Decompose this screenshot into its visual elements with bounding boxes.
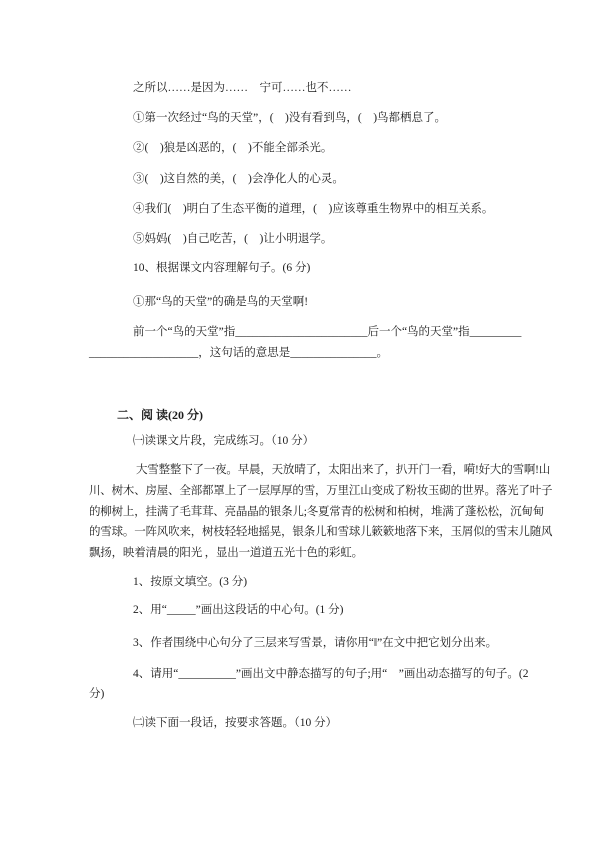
question-10-sentence: ①那“鸟的天堂”的确是鸟的天堂啊! [89,292,537,312]
passage-line-3: 的柳树上，挂满了毛茸茸、亮晶晶的银条儿;冬夏常青的松树和柏树，堆满了蓬松松，沉甸… [89,502,537,523]
part-2-title: ㈡读下面一段话，按要求答题。（10 分） [89,713,537,733]
passage-question-4-line-1: 4、请用“__________”画出文中静态描写的句子;用“ ”画出动态描写的句… [89,664,537,684]
passage-question-2: 2、用“_____”画出这段话的中心句。(1 分) [89,600,537,620]
question-10-blank-line-1: 前一个“鸟的天堂”指_______________________后一个“鸟的天… [89,322,537,343]
sentence-item-3: ③( )这自然的美，( )会净化人的心灵。 [89,169,537,189]
part-1-title: ㈠读课文片段，完成练习。（10 分） [89,431,537,451]
section-2-header: 二、阅 读(20 分) [89,405,537,425]
passage-question-1: 1、按原文填空。(3 分) [89,572,537,592]
sentence-item-1: ①第一次经过“鸟的天堂”，( )没有看到鸟，( )鸟都栖息了。 [89,108,537,128]
passage-line-1: 大雪整整下了一夜。早晨，天放晴了，太阳出来了，扒开门一看，嗬!好大的雪啊!山 [89,460,537,481]
passage-line-4: 的雪球。一阵风吹来，树枝轻轻地摇晃，银条儿和雪球儿簌簌地落下来，玉屑似的雪末儿随… [89,522,537,543]
passage-question-3: 3、作者围绕中心句分了三层来写雪景，请你用“‖”在文中把它划分出来。 [89,633,537,653]
question-10-header: 10、根据课文内容理解句子。(6 分) [89,258,537,278]
passage-question-4-line-2: 分) [89,684,537,704]
passage-line-2: 川、树木、房屋、全部都罩上了一层厚厚的雪，万里江山变成了粉妆玉砌的世界。落光了叶… [89,481,537,502]
question-10-blank-line-2: ___________________，这句话的意思是_____________… [89,343,537,364]
sentence-item-5: ⑤妈妈( )自己吃苦，( )让小明退学。 [89,229,537,249]
conjunction-pair-line: 之所以……是因为…… 宁可……也不…… [89,78,537,98]
exam-page: 之所以……是因为…… 宁可……也不…… ①第一次经过“鸟的天堂”，( )没有看到… [0,0,596,842]
passage-line-5: 飘扬，映着清晨的阳光 ，显出一道道五光十色的彩虹。 [89,543,537,564]
sentence-item-4: ④我们( )明白了生态平衡的道理，( )应该尊重生物界中的相互关系。 [89,199,537,219]
sentence-item-2: ②( )狼是凶恶的，( )不能全部杀光。 [89,138,537,158]
